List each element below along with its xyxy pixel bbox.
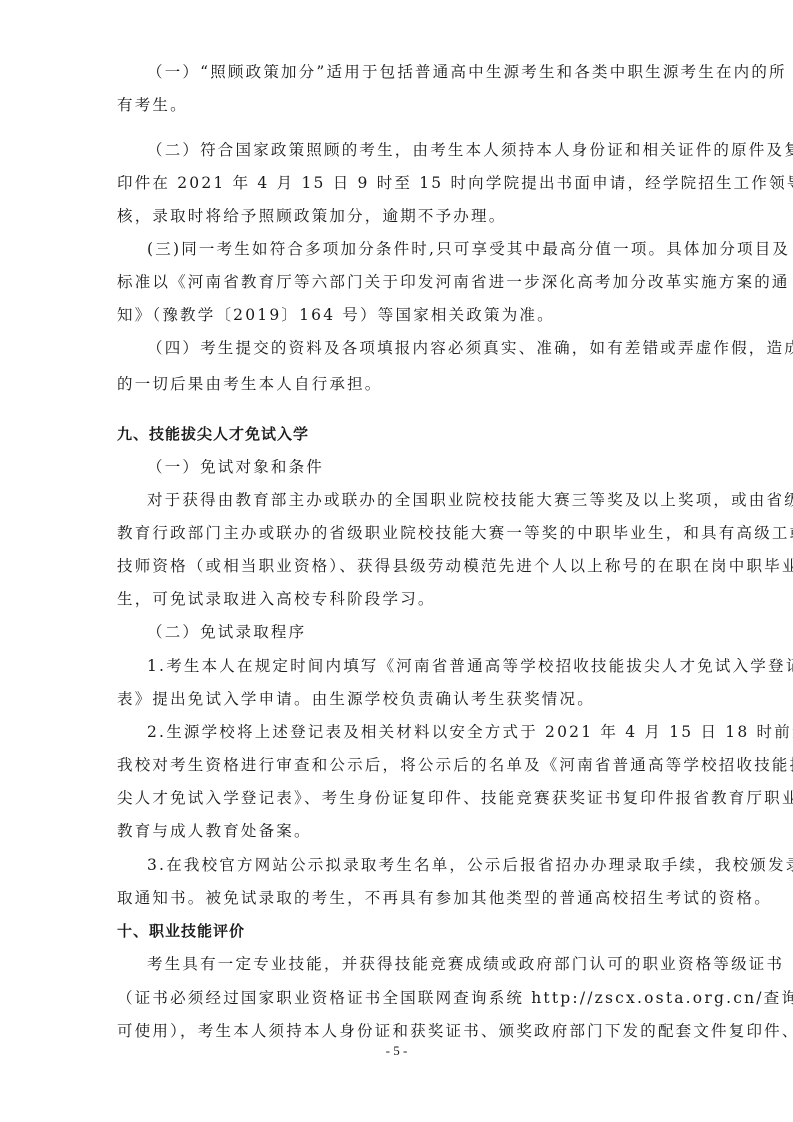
text-line: 知》（豫教学〔2019〕164 号）等国家相关政策为准。: [117, 305, 707, 325]
text-line: 我校对考生资格进行审查和公示后，将公示后的名单及《河南省普通高等学校招收技能拔: [117, 755, 707, 775]
text-line: 表》提出免试入学申请。由生源学校负责确认考生获奖情况。: [117, 689, 707, 709]
section-heading: 九、技能拔尖人才免试入学: [117, 424, 677, 444]
page-number: - 5 -: [0, 1043, 793, 1059]
text-line: （证书必须经过国家职业资格证书全国联网查询系统 http://zscx.osta…: [117, 988, 707, 1008]
document-page: （一）“照顾政策加分”适用于包括普通高中生源考生和各类中职生源考生在内的所有考生…: [0, 0, 793, 1122]
text-line: 核，录取时将给予照顾政策加分，逾期不予办理。: [117, 206, 707, 226]
text-line: （二）免试录取程序: [147, 622, 707, 642]
text-line: 教育与成人教育处备案。: [117, 821, 707, 841]
text-line: 印件在 2021 年 4 月 15 日 9 时至 15 时向学院提出书面申请，经…: [117, 173, 707, 193]
text-line: （一）免试对象和条件: [147, 457, 707, 477]
text-line: 尖人才免试入学登记表》、考生身份证复印件、技能竞赛获奖证书复印件报省教育厅职业: [117, 788, 707, 808]
text-line: （二）符合国家政策照顾的考生，由考生本人须持本人身份证和相关证件的原件及复: [147, 140, 707, 160]
text-line: 可使用），考生本人须持本人身份证和获奖证书、颁奖政府部门下发的配套文件复印件、: [117, 1021, 707, 1041]
text-line: 1.考生本人在规定时间内填写《河南省普通高等学校招收技能拔尖人才免试入学登记: [147, 656, 707, 676]
text-line: 标准以《河南省教育厅等六部门关于印发河南省进一步深化高考加分改革实施方案的通: [117, 272, 707, 292]
text-line: (三)同一考生如符合多项加分条件时,只可享受其中最高分值一项。具体加分项目及: [147, 239, 707, 259]
text-line: 对于获得由教育部主办或联办的全国职业院校技能大赛三等奖及以上奖项，或由省级: [147, 490, 707, 510]
text-line: 取通知书。被免试录取的考生，不再具有参加其他类型的普通高校招生考试的资格。: [117, 888, 707, 908]
text-line: 生，可免试录取进入高校专科阶段学习。: [117, 589, 707, 609]
text-line: （一）“照顾政策加分”适用于包括普通高中生源考生和各类中职生源考生在内的所: [147, 62, 707, 82]
text-line: 3.在我校官方网站公示拟录取考生名单，公示后报省招办办理录取手续，我校颁发录: [147, 855, 707, 875]
text-line: 教育行政部门主办或联办的省级职业院校技能大赛一等奖的中职毕业生，和具有高级工或: [117, 523, 707, 543]
text-line: 技师资格（或相当职业资格）、获得县级劳动模范先进个人以上称号的在职在岗中职毕业: [117, 556, 707, 576]
text-line: 有考生。: [117, 95, 707, 115]
text-line: 的一切后果由考生本人自行承担。: [117, 374, 707, 394]
text-line: 考生具有一定专业技能，并获得技能竞赛成绩或政府部门认可的职业资格等级证书: [147, 954, 707, 974]
section-heading: 十、职业技能评价: [117, 921, 677, 941]
text-line: 2.生源学校将上述登记表及相关材料以安全方式于 2021 年 4 月 15 日 …: [147, 722, 707, 742]
text-line: （四）考生提交的资料及各项填报内容必须真实、准确，如有差错或弄虚作假，造成: [147, 338, 707, 358]
